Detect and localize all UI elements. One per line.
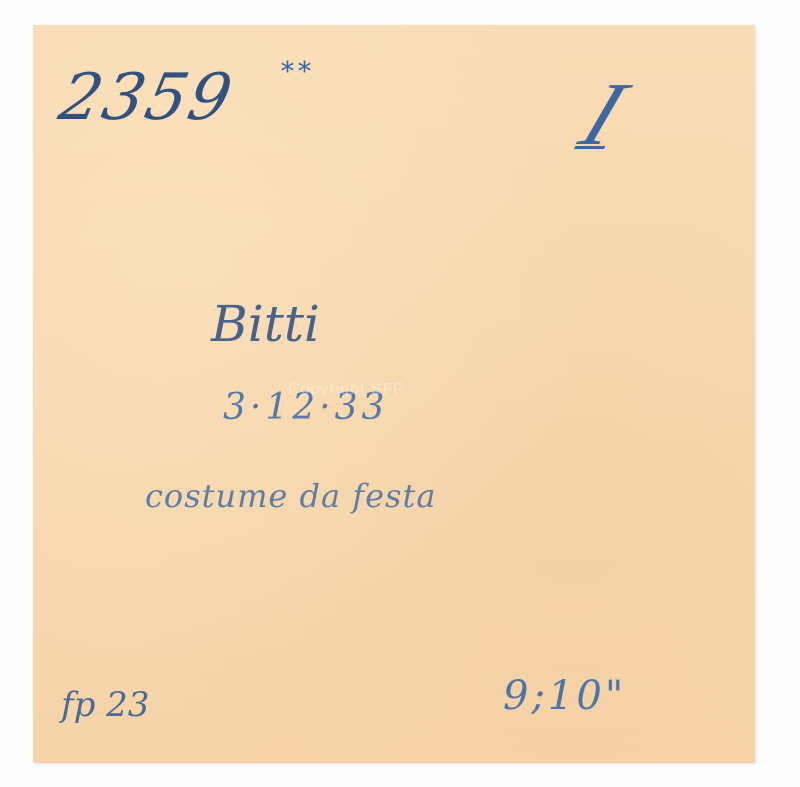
scan-background: 2359 ** I Bitti 3·12·33 Copyright SFF co… [0, 0, 800, 787]
catalog-marks: ** [281, 57, 315, 87]
section-numeral: I [567, 63, 639, 166]
page-reference: fp 23 [61, 685, 149, 725]
catalog-number: 2359 [53, 61, 240, 135]
watermark: Copyright SFF [288, 381, 404, 399]
card-title: Bitti [211, 295, 320, 353]
card-description: costume da festa [145, 477, 436, 515]
duration: 9;10" [503, 673, 626, 719]
index-card: 2359 ** I Bitti 3·12·33 Copyright SFF co… [33, 25, 755, 763]
